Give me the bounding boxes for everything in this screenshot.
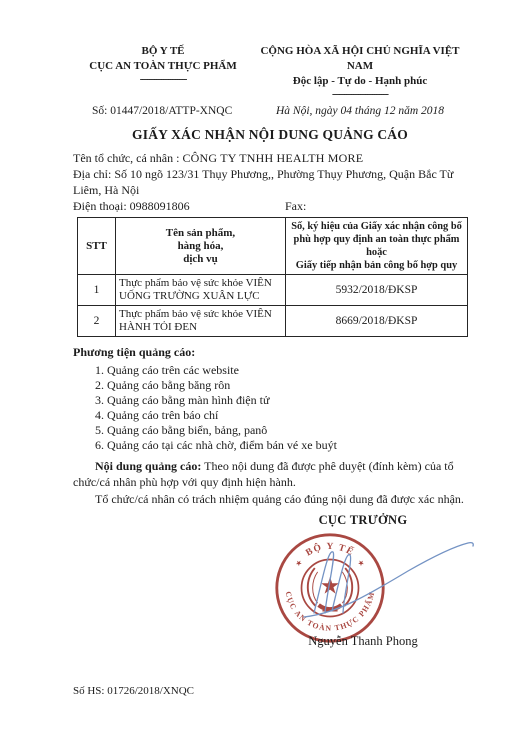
organization-name: CÔNG TY TNHH HEALTH MORE — [182, 151, 363, 165]
document-number: Số: 01447/2018/ATTP-XNQC — [92, 103, 253, 119]
national-header: BỘ Y TẾ CỤC AN TOÀN THỰC PHẨM ----------… — [73, 44, 467, 100]
national-motto-block: CỘNG HÒA XÃ HỘI CHỦ NGHĨA VIỆT NAM Độc l… — [253, 44, 467, 100]
media-list-item: 4. Quảng cáo trên báo chí — [95, 408, 467, 423]
row-certificate: 8669/2018/ĐKSP — [286, 306, 468, 337]
media-list-item: 3. Quảng cáo bằng màn hình điện tử — [95, 393, 467, 408]
phone-fax-row: Điện thoại: 0988091806 Fax: — [73, 198, 467, 214]
media-list-item: 6. Quảng cáo tại các nhà chờ, điểm bán v… — [95, 438, 467, 453]
signer-name: Nguyễn Thanh Phong — [263, 634, 463, 649]
country-name: CỘNG HÒA XÃ HỘI CHỦ NGHĨA VIỆT NAM — [253, 44, 467, 74]
organization-line: Tên tổ chức, cá nhân : CÔNG TY TNHH HEAL… — [73, 150, 467, 166]
content-note-label: Nội dung quảng cáo: — [95, 459, 201, 473]
row-stt: 2 — [78, 306, 116, 337]
fax-label: Fax: — [285, 198, 306, 214]
signature-block: CỤC TRƯỞNG BỘ Y TẾ CỤC AN TOÀN THỰC PHẨM — [73, 511, 467, 741]
media-section-heading: Phương tiện quảng cáo: — [73, 344, 467, 360]
row-product: Thực phẩm bảo vệ sức khỏe VIÊN UỐNG TRƯỜ… — [116, 275, 286, 306]
signer-title: CỤC TRƯỞNG — [263, 513, 463, 528]
row-stt: 1 — [78, 275, 116, 306]
file-number: Số HS: 01726/2018/XNQC — [73, 685, 194, 697]
page-title: GIẤY XÁC NHẬN NỘI DUNG QUẢNG CÁO — [73, 126, 467, 144]
document-number-value: 01447/2018/ATTP-XNQC — [110, 105, 232, 117]
organization-label: Tên tổ chức, cá nhân : — [73, 151, 179, 165]
media-list-item: 1. Quảng cáo trên các website — [95, 363, 467, 378]
national-motto: Độc lập - Tự do - Hạnh phúc — [253, 74, 467, 89]
document-number-label: Số: — [92, 105, 107, 117]
document-content: BỘ Y TẾ CỤC AN TOÀN THỰC PHẨM ----------… — [0, 0, 528, 741]
media-list-item: 5. Quảng cáo bằng biển, bảng, panô — [95, 423, 467, 438]
address-line: Địa chỉ: Số 10 ngõ 123/31 Thụy Phương,, … — [73, 166, 467, 198]
place-date-line: Hà Nội, ngày 04 tháng 12 năm 2018 — [253, 103, 467, 119]
table-row: 2 Thực phẩm bảo vệ sức khỏe VIÊN HÀNH TỎ… — [78, 306, 468, 337]
signature-icon — [268, 529, 483, 629]
table-row: 1 Thực phẩm bảo vệ sức khỏe VIÊN UỐNG TR… — [78, 275, 468, 306]
phone-number: Điện thoại: 0988091806 — [73, 198, 285, 214]
left-separator: -------------------- — [73, 74, 253, 85]
media-list-item: 2. Quảng cáo bằng băng rôn — [95, 378, 467, 393]
products-table: STT Tên sản phẩm, hàng hóa, dịch vụ Số, … — [77, 217, 468, 337]
row-certificate: 5932/2018/ĐKSP — [286, 275, 468, 306]
media-list: 1. Quảng cáo trên các website 2. Quảng c… — [73, 363, 467, 453]
reference-row: Số: 01447/2018/ATTP-XNQC Hà Nội, ngày 04… — [73, 103, 467, 119]
table-header-row: STT Tên sản phẩm, hàng hóa, dịch vụ Số, … — [78, 218, 468, 275]
ministry-name: BỘ Y TẾ — [73, 44, 253, 59]
department-name: CỤC AN TOÀN THỰC PHẨM — [73, 59, 253, 74]
header-certificate: Số, ký hiệu của Giấy xác nhận công bố ph… — [286, 218, 468, 275]
header-product: Tên sản phẩm, hàng hóa, dịch vụ — [116, 218, 286, 275]
row-product: Thực phẩm bảo vệ sức khỏe VIÊN HÀNH TỎI … — [116, 306, 286, 337]
header-stt: STT — [78, 218, 116, 275]
right-separator: ------------------------ — [253, 89, 467, 100]
document-page: BỘ Y TẾ CỤC AN TOÀN THỰC PHẨM ----------… — [0, 0, 528, 744]
issuing-authority-block: BỘ Y TẾ CỤC AN TOÀN THỰC PHẨM ----------… — [73, 44, 253, 100]
responsibility-paragraph: Tổ chức/cá nhân có trách nhiệm quảng cáo… — [73, 491, 467, 507]
content-note-paragraph: Nội dung quảng cáo: Theo nội dung đã đượ… — [73, 458, 467, 490]
